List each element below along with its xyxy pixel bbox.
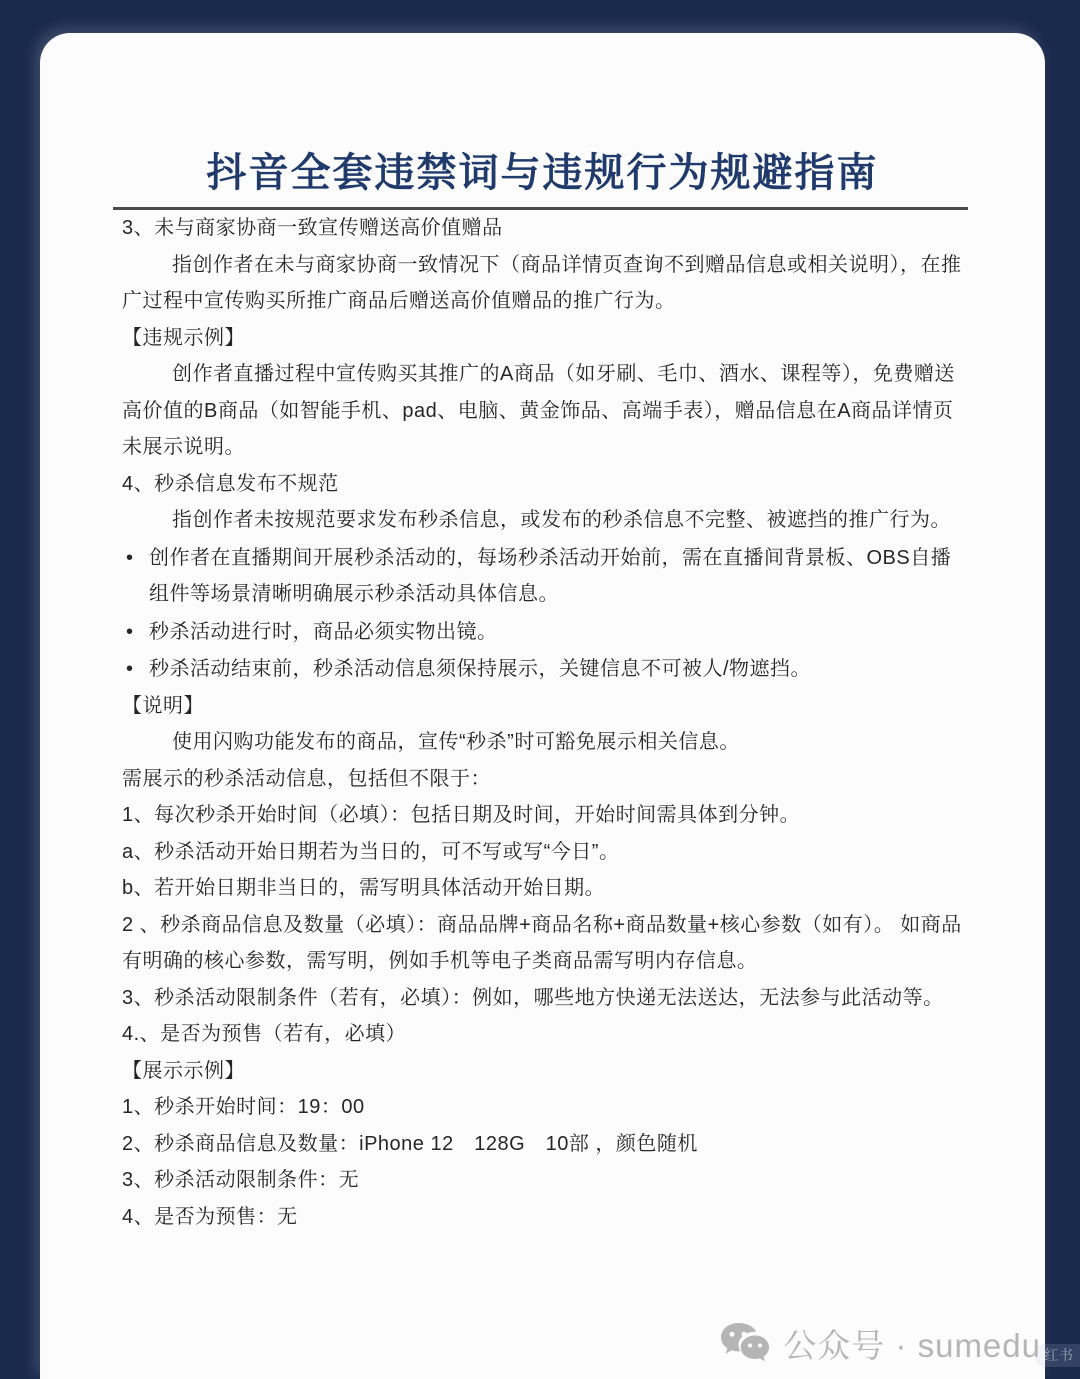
note-item-2: 2 、秒杀商品信息及数量（必填）：商品品牌+商品名称+商品数量+核心参数（如有）…	[122, 907, 965, 980]
wechat-watermark-label: 公众号 · sumedu	[783, 1320, 1041, 1367]
bullet-item: 秒杀活动进行时，商品必须实物出镜。	[122, 614, 965, 651]
violation-example-body: 创作者直播过程中宣传购买其推广的A商品（如牙刷、毛巾、酒水、课程等），免费赠送高…	[122, 356, 965, 466]
note-intro: 使用闪购功能发布的商品，宣传“秒杀”时可豁免展示相关信息。	[122, 724, 965, 761]
xiaohongshu-badge: 红书	[1034, 1344, 1080, 1367]
section-4-body: 指创作者未按规范要求发布秒杀信息，或发布的秒杀信息不完整、被遮挡的推广行为。	[122, 502, 965, 539]
note-item-b: b、若开始日期非当日的，需写明具体活动开始日期。	[122, 870, 965, 907]
display-example-item-3: 3、秒杀活动限制条件：无	[122, 1162, 965, 1199]
bullet-item: 秒杀活动结束前，秒杀活动信息须保持展示，关键信息不可被人/物遮挡。	[122, 651, 965, 688]
wechat-watermark: 公众号 · sumedu	[719, 1320, 1041, 1367]
section-4-bullet-list: 创作者在直播期间开展秒杀活动的，每场秒杀活动开始前，需在直播间背景板、OBS自播…	[122, 540, 965, 688]
note-item-1: 1、每次秒杀开始时间（必填）：包括日期及时间，开始时间需具体到分钟。	[122, 797, 965, 834]
note-lead: 需展示的秒杀活动信息，包括但不限于：	[122, 761, 965, 798]
note-item-4: 4.、是否为预售（若有，必填）	[122, 1016, 965, 1053]
document-card: 抖音全套违禁词与违规行为规避指南 3、未与商家协商一致宣传赠送高价值赠品 指创作…	[40, 33, 1045, 1379]
wechat-icon	[719, 1321, 771, 1367]
document-body: 3、未与商家协商一致宣传赠送高价值赠品 指创作者在未与商家协商一致情况下（商品详…	[40, 210, 1045, 1235]
violation-example-label: 【违规示例】	[122, 320, 965, 357]
section-3-heading: 3、未与商家协商一致宣传赠送高价值赠品	[122, 210, 965, 247]
display-example-item-2: 2、秒杀商品信息及数量：iPhone 12 128G 10部 ，颜色随机	[122, 1126, 965, 1163]
display-example-item-4: 4、是否为预售：无	[122, 1199, 965, 1236]
note-label: 【说明】	[122, 688, 965, 725]
display-example-item-1: 1、秒杀开始时间：19：00	[122, 1089, 965, 1126]
display-example-label: 【展示示例】	[122, 1053, 965, 1090]
note-item-a: a、秒杀活动开始日期若为当日的，可不写或写“今日”。	[122, 834, 965, 871]
screenshot-root: { "page": { "background_color": "#1a2a4d…	[0, 0, 1080, 1379]
note-item-3: 3、秒杀活动限制条件（若有，必填）：例如，哪些地方快递无法送达，无法参与此活动等…	[122, 980, 965, 1017]
page-title: 抖音全套违禁词与违规行为规避指南	[100, 147, 985, 199]
section-3-body: 指创作者在未与商家协商一致情况下（商品详情页查询不到赠品信息或相关说明），在推广…	[122, 247, 965, 320]
section-4-heading: 4、秒杀信息发布不规范	[122, 466, 965, 503]
bullet-item: 创作者在直播期间开展秒杀活动的，每场秒杀活动开始前，需在直播间背景板、OBS自播…	[122, 540, 965, 613]
xiaohongshu-badge-text: 红书	[1044, 1347, 1074, 1363]
